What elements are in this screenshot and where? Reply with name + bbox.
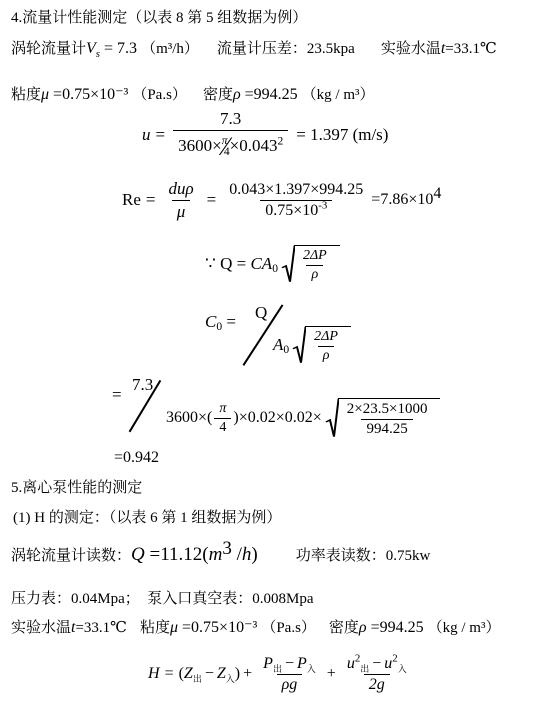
plus-sign: + xyxy=(243,665,252,683)
var-Z-out: Z xyxy=(184,665,193,683)
subscript-in: 入 xyxy=(398,664,407,674)
radicand: 2ΔP ρ xyxy=(294,245,340,283)
close-paren: ) xyxy=(251,544,257,566)
square-root: 2×23.5×1000 994.25 xyxy=(325,398,441,438)
section5-heading: 5.离心泵性能的测定 xyxy=(11,476,142,497)
var-h: h xyxy=(242,544,252,566)
radicand-fraction: 2ΔP ρ xyxy=(298,248,332,283)
reynolds-definition-fraction: duρ μ xyxy=(163,179,198,222)
exponent-2: 2 xyxy=(392,652,397,664)
fraction-numerator: P出−P入 xyxy=(258,655,321,674)
fraction-numerator: 2ΔP xyxy=(298,248,332,265)
var-P-in: P xyxy=(297,655,307,672)
value-Vs: = 7.3 xyxy=(100,40,141,58)
var-u-out: u xyxy=(347,655,355,672)
fraction-denominator: 3600×π⁄4×0.0432 xyxy=(173,130,288,162)
var-Q: Q xyxy=(131,544,145,566)
den-middle: )×0.02×0.02× xyxy=(233,409,321,427)
viscosity-label: 粘度 xyxy=(11,83,41,104)
plus-sign: + xyxy=(327,665,336,683)
denominator-group: A0 2ΔP ρ xyxy=(273,322,351,368)
equals-sign: = xyxy=(207,190,217,210)
minus-sign: − xyxy=(285,655,294,672)
equals-sign: = xyxy=(146,190,156,210)
var-A: A xyxy=(273,335,283,355)
unit-pas: （Pa.s） xyxy=(132,83,187,104)
value-mu: =0.75×10⁻³ xyxy=(178,617,261,637)
slash: / xyxy=(232,544,242,566)
four: 4 xyxy=(214,418,231,436)
density-label: 密度 xyxy=(203,83,233,104)
var-CA: CA xyxy=(246,254,272,274)
pi-over-4-fraction: π 4 xyxy=(214,401,231,436)
var-mu: μ xyxy=(41,86,49,104)
formula-reynolds: Re = duρ μ = 0.043×1.397×994.25 0.75×10-… xyxy=(122,178,441,222)
equals-sign: = xyxy=(165,665,174,683)
pump-readings-line: 涡轮流量计读数：Q =11.12(m3 /h)功率表读数：0.75kw xyxy=(11,544,430,566)
section5-conditions-line: 实验水温t=33.1℃粘度μ =0.75×10⁻³ （Pa.s）密度ρ =994… xyxy=(11,616,500,637)
equals-sign: = xyxy=(222,312,236,332)
viscosity-label: 粘度 xyxy=(140,616,170,637)
equals-sign: = xyxy=(112,385,122,405)
square-root: 2ΔP ρ xyxy=(292,326,351,364)
density-label: 密度 xyxy=(329,616,359,637)
exponent-2: 2 xyxy=(355,652,360,664)
fraction-numerator: duρ xyxy=(163,179,198,200)
value-rho: =994.25 xyxy=(241,86,302,104)
unit-pas: （Pa.s） xyxy=(261,616,316,637)
radicand-fraction: 2×23.5×1000 994.25 xyxy=(342,401,433,438)
because-symbol: ∵ xyxy=(205,254,216,274)
section4-heading: 4.流量计性能测定（以表 8 第 5 组数据为例） xyxy=(11,6,307,27)
fraction-numerator: 2ΔP xyxy=(309,329,343,346)
velocity-fraction: u2出−u2入 2g xyxy=(342,655,412,694)
fraction-denominator: ρg xyxy=(277,674,303,694)
close-paren: ) xyxy=(235,665,240,683)
value-mu: =0.75×10⁻³ xyxy=(49,84,132,104)
var-Z-in: Z xyxy=(217,665,226,683)
velocity-fraction: 7.3 3600×π⁄4×0.0432 xyxy=(173,109,288,162)
reynolds-value-fraction: 0.043×1.397×994.25 0.75×10-3 xyxy=(224,181,368,220)
exponent-neg3: -3 xyxy=(318,199,327,211)
power-reading-label: 功率表读数：0.75kw xyxy=(296,544,431,565)
c0-result: =0.942 xyxy=(114,449,159,467)
var-H: H xyxy=(148,665,160,683)
formula-c0-definition: C0 = Q A0 2ΔP ρ xyxy=(205,300,355,372)
numerator-value: 7.3 xyxy=(132,375,153,395)
var-V: V xyxy=(86,40,96,58)
radicand: 2×23.5×1000 994.25 xyxy=(338,398,441,438)
pressure-fraction: P出−P入 ρg xyxy=(258,655,321,694)
fraction-denominator: 2g xyxy=(364,674,390,694)
turbine-flowmeter-label: 涡轮流量计 xyxy=(11,37,86,58)
pi-symbol: π xyxy=(214,401,231,418)
fraction-denominator: μ xyxy=(172,200,191,222)
c0-lhs: C0 = xyxy=(205,312,236,332)
square-root: 2ΔP ρ xyxy=(281,245,340,283)
fraction-denominator: 0.75×10-3 xyxy=(260,200,332,220)
value-t: =33.1℃ xyxy=(75,618,127,637)
den-suffix: ×0.043 xyxy=(230,136,278,155)
var-u: u xyxy=(142,125,151,145)
reynolds-symbol: Re xyxy=(122,190,141,210)
equals-sign: = xyxy=(156,125,166,145)
formula-head: H = (Z出−Z入) + P出−P入 ρg + u2出−u2入 2g xyxy=(148,650,415,698)
var-mu: μ xyxy=(170,619,178,637)
den-prefix: 3600×( xyxy=(166,409,212,427)
var-m: m xyxy=(209,544,223,566)
document-page[interactable]: 4.流量计性能测定（以表 8 第 5 组数据为例） 涡轮流量计Vs = 7.3 … xyxy=(0,0,559,706)
subscript-out: 出 xyxy=(360,664,369,674)
radical-sign-icon xyxy=(281,245,295,283)
var-P-out: P xyxy=(263,655,273,672)
fraction-numerator: 7.3 xyxy=(215,109,246,130)
den-base: 0.75×10 xyxy=(265,202,318,219)
section4-data-line1: 涡轮流量计Vs = 7.3 （m³/h）流量计压差：23.5kpa实验水温t=3… xyxy=(11,37,497,58)
value-Q: =11.12( xyxy=(145,544,209,566)
formula-velocity: u = 7.3 3600×π⁄4×0.0432 = 1.397 (m/s) xyxy=(142,110,393,160)
section4-data-line2: 粘度μ =0.75×10⁻³ （Pa.s）密度ρ =994.25 （kg / m… xyxy=(11,83,375,104)
value-t: =33.1℃ xyxy=(445,39,497,58)
unit-m3-per-h: （m³/h） xyxy=(141,37,199,58)
radicand-fraction: 2ΔP ρ xyxy=(309,329,343,364)
var-C: C xyxy=(205,312,216,332)
equals-sign: = xyxy=(237,254,247,274)
radicand: 2ΔP ρ xyxy=(305,326,351,364)
fraction-denominator: 994.25 xyxy=(361,419,412,438)
value-rho: =994.25 xyxy=(367,619,428,637)
reynolds-result: =7.86×10 xyxy=(371,191,433,209)
unit-kgm3: （kg / m³） xyxy=(302,83,375,104)
water-temp-label: 实验水温 xyxy=(381,37,441,58)
minus-sign: − xyxy=(372,655,381,672)
h-measurement-subheading: (1) H 的测定：（以表 6 第 1 组数据为例） xyxy=(13,506,281,527)
den-2g: 2g xyxy=(369,676,385,693)
turbine-reading-label: 涡轮流量计读数： xyxy=(11,544,131,565)
denominator-group: 3600×( π 4 )×0.02×0.02× 2×23.5×1000 994.… xyxy=(166,395,440,441)
var-rho: ρ xyxy=(359,619,367,637)
var-Q: Q xyxy=(216,254,237,274)
water-temp-label: 实验水温 xyxy=(11,616,71,637)
fraction-denominator: ρ xyxy=(306,265,323,283)
var-rho: ρ xyxy=(233,86,241,104)
pressure-gauge-line: 压力表：0.04Mpa； 泵入口真空表：0.008Mpa xyxy=(11,587,314,608)
formula-c0-value: = 7.3 3600×( π 4 )×0.02×0.02× 2×23.5×100… xyxy=(112,373,452,443)
velocity-result: = 1.397 (m/s) xyxy=(296,125,388,145)
exponent-2: 2 xyxy=(277,134,283,147)
unit-kgm3: （kg / m³） xyxy=(428,616,501,637)
subscript-in: 入 xyxy=(307,664,316,674)
minus-sign: − xyxy=(205,665,214,683)
radical-sign-icon xyxy=(292,326,306,364)
subscript-out: 出 xyxy=(273,664,282,674)
radical-sign-icon xyxy=(325,398,339,438)
fraction-numerator: 2×23.5×1000 xyxy=(342,401,433,419)
fraction-numerator: 0.043×1.397×994.25 xyxy=(224,181,368,200)
fraction-denominator: ρ xyxy=(318,346,335,364)
numerator-Q: Q xyxy=(255,303,267,323)
formula-orifice-flow: ∵ Q = CA0 2ΔP ρ xyxy=(205,238,340,290)
pressure-diff-label: 流量计压差：23.5kpa xyxy=(217,37,355,58)
fraction-numerator: u2出−u2入 xyxy=(342,655,412,674)
den-prefix: 3600× xyxy=(178,136,222,155)
